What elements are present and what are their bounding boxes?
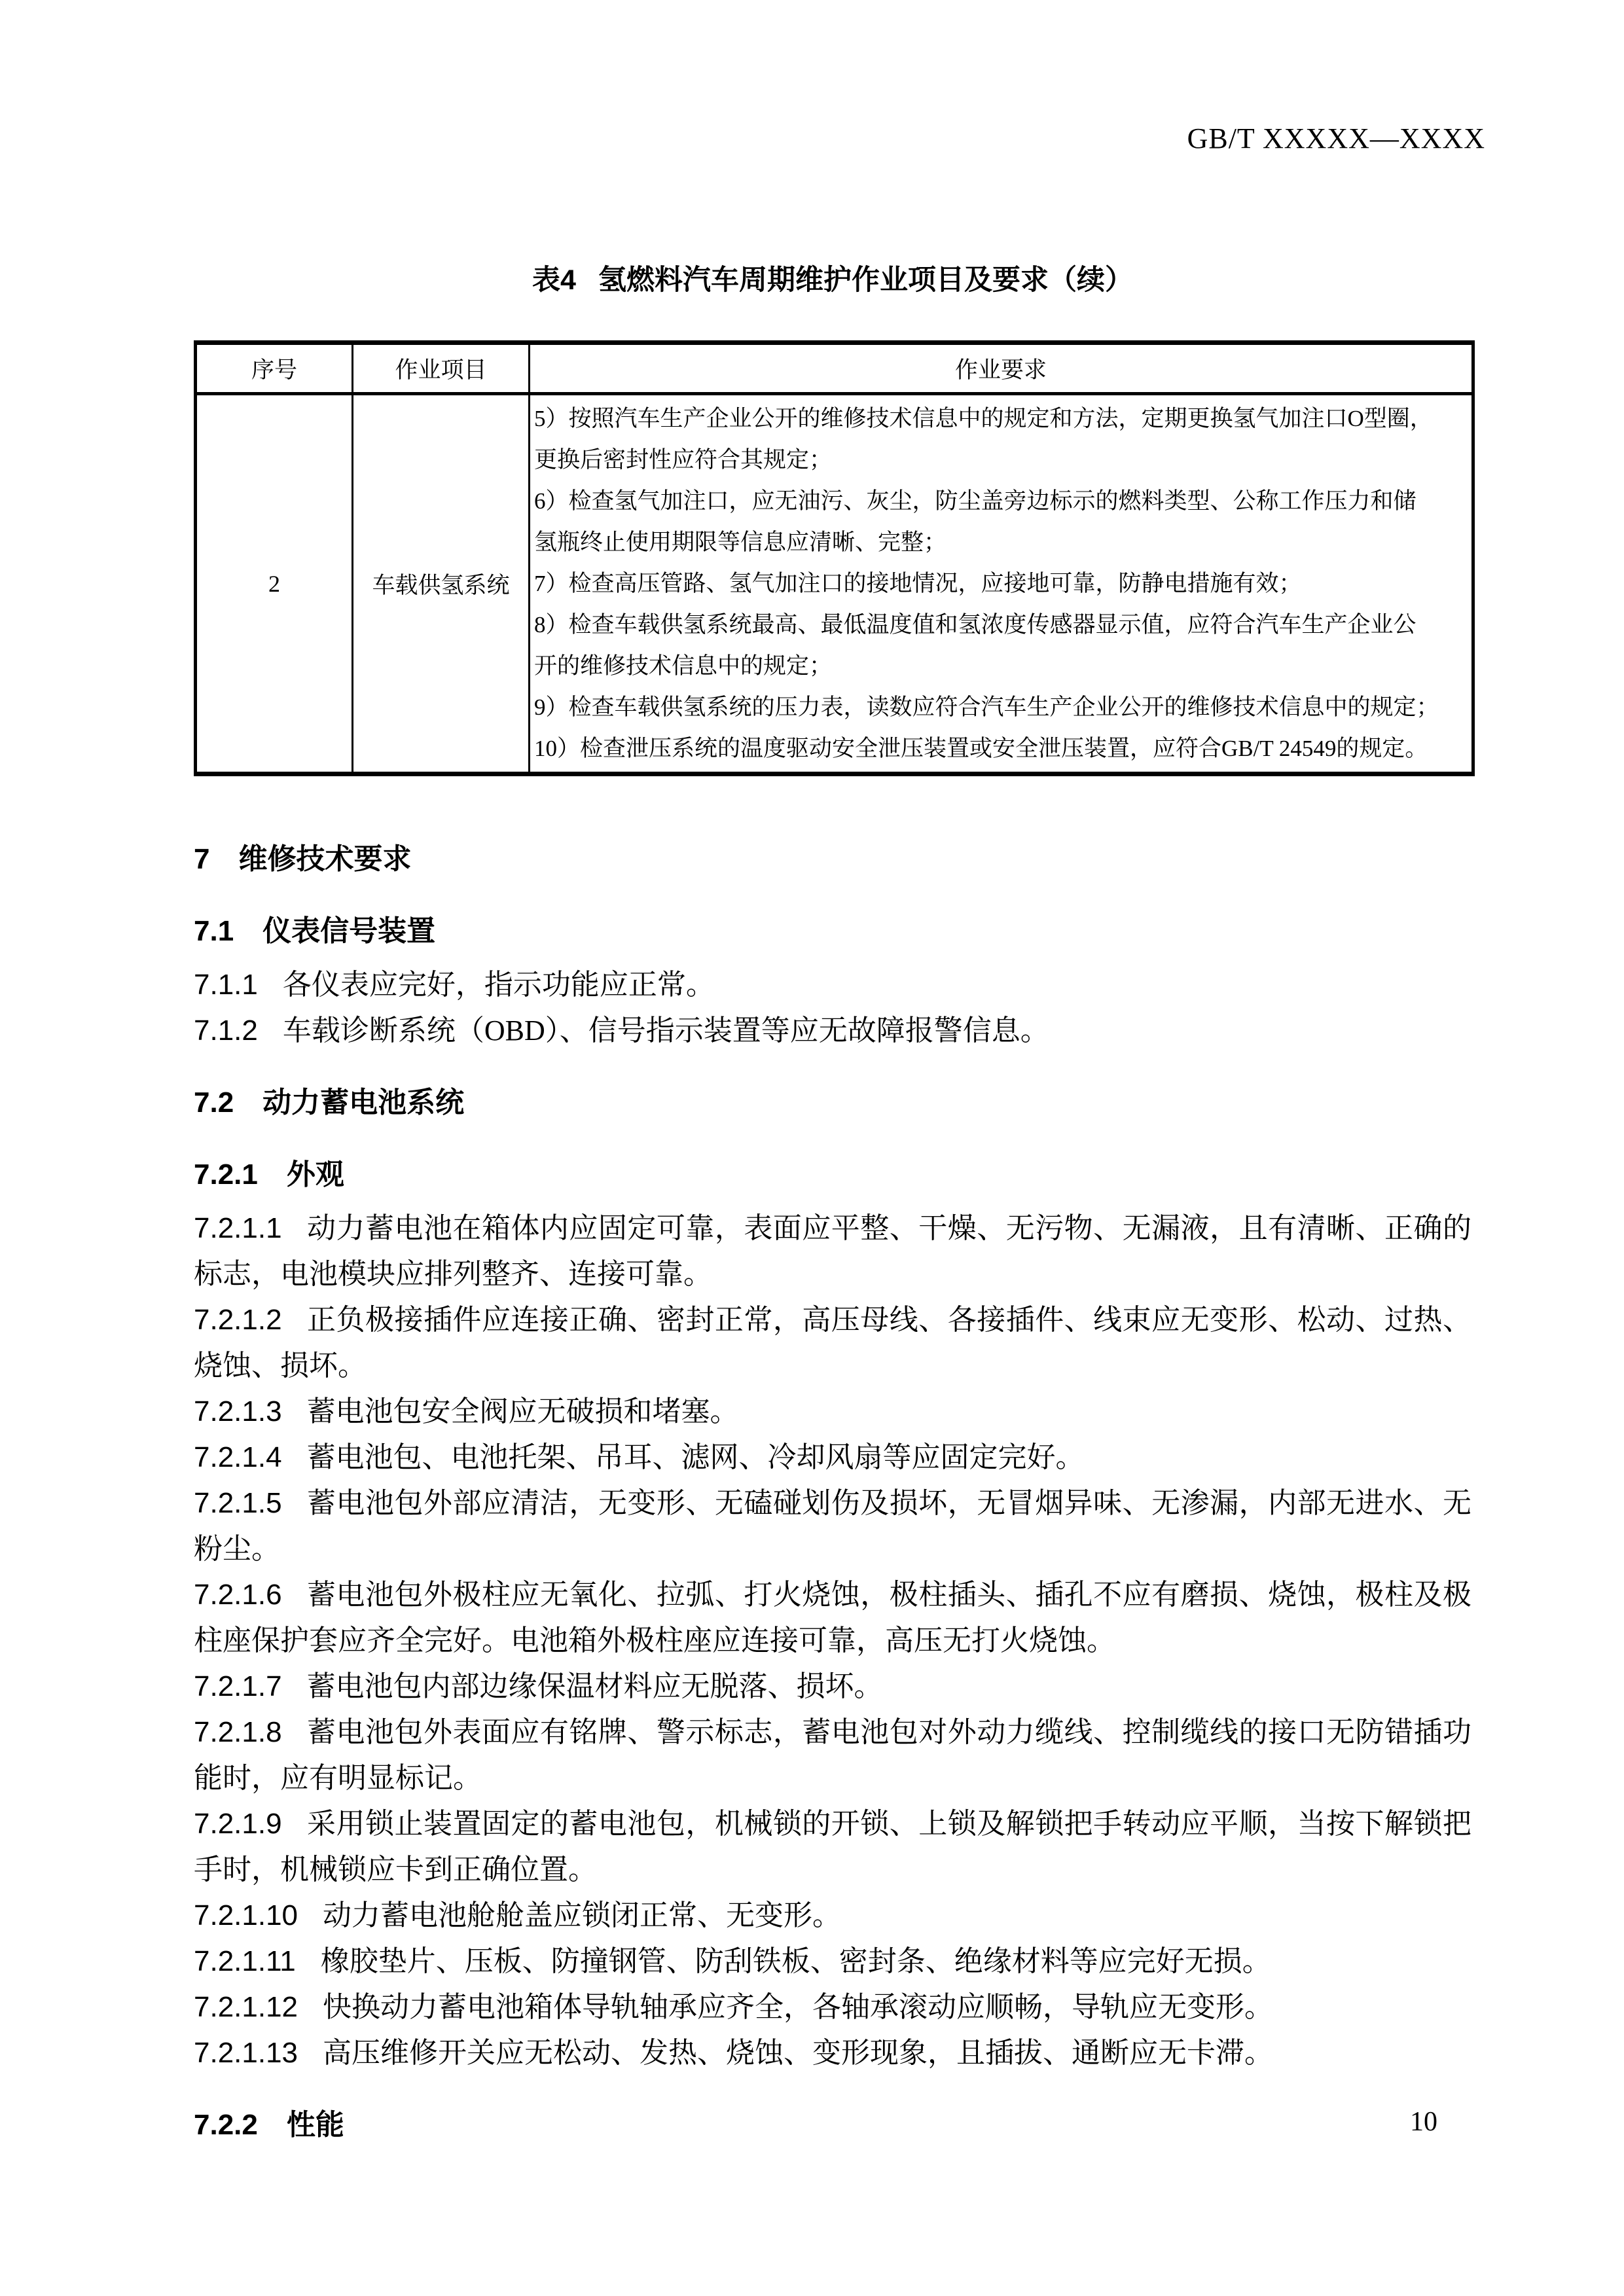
clause-number: 7.2.1.4	[194, 1441, 282, 1473]
clause-text: 动力蓄电池舱舱盖应锁闭正常、无变形。	[323, 1899, 841, 1931]
clause-7-2-1-4: 7.2.1.4蓄电池包、电池托架、吊耳、滤网、冷却风扇等应固定完好。	[194, 1435, 1471, 1480]
requirement-line: 9）检查车载供氢系统的压力表，读数应符合汽车生产企业公开的维修技术信息中的规定；	[534, 687, 1469, 728]
requirement-line: 10）检查泄压系统的温度驱动安全泄压装置或安全泄压装置，应符合GB/T 2454…	[534, 728, 1469, 769]
section-heading-7: 7维修技术要求	[194, 836, 1471, 882]
clause-text: 各仪表应完好，指示功能应正常。	[283, 969, 715, 1001]
maintenance-table: 序号 作业项目 作业要求 2 车载供氢系统 5）按照汽车生产企业公开的维修技术信…	[194, 340, 1475, 776]
clause-7-1-1: 7.1.1各仪表应完好，指示功能应正常。	[194, 962, 1471, 1008]
table-title: 表4氢燃料汽车周期维护作业项目及要求（续）	[194, 260, 1471, 300]
document-page: GB/T XXXXX—XXXX 表4氢燃料汽车周期维护作业项目及要求（续） 序号…	[0, 0, 1624, 2296]
clause-7-2-1-5: 7.2.1.5蓄电池包外部应清洁，无变形、无磕碰划伤及损坏，无冒烟异味、无渗漏，…	[194, 1480, 1471, 1572]
requirement-line: 更换后密封性应符合其规定；	[534, 439, 1469, 480]
table-title-text: 氢燃料汽车周期维护作业项目及要求（续）	[598, 264, 1133, 296]
clause-7-2-1-7: 7.2.1.7蓄电池包内部边缘保温材料应无脱落、损坏。	[194, 1664, 1471, 1710]
clause-number: 7.2.1.2	[194, 1304, 282, 1336]
clause-7-2-1-13: 7.2.1.13高压维修开关应无松动、发热、烧蚀、变形现象，且插拔、通断应无卡滞…	[194, 2030, 1471, 2076]
clause-number: 7.2.1.5	[194, 1487, 282, 1519]
section-number: 7.1	[194, 915, 234, 947]
clause-number: 7.1.1	[194, 969, 258, 1001]
section-title: 性能	[287, 2109, 344, 2141]
clause-7-1-2: 7.1.2车载诊断系统（OBD）、信号指示装置等应无故障报警信息。	[194, 1008, 1471, 1054]
clause-7-2-1-2: 7.2.1.2正负极接插件应连接正确、密封正常，高压母线、各接插件、线束应无变形…	[194, 1297, 1471, 1389]
clause-text: 正负极接插件应连接正确、密封正常，高压母线、各接插件、线束应无变形、松动、过热、…	[194, 1304, 1471, 1382]
item-cell: 车载供氢系统	[353, 394, 530, 774]
clause-7-2-1-6: 7.2.1.6蓄电池包外极柱应无氧化、拉弧、打火烧蚀，极柱插头、插孔不应有磨损、…	[194, 1572, 1471, 1664]
section-heading-7-2-2: 7.2.2性能	[194, 2102, 1471, 2148]
clause-number: 7.2.1.8	[194, 1716, 282, 1748]
clause-number: 7.1.2	[194, 1014, 258, 1047]
clause-number: 7.2.1.1	[194, 1212, 282, 1244]
page-number: 10	[1410, 2106, 1437, 2138]
col-header-requirement: 作业要求	[530, 343, 1473, 394]
clause-text: 快换动力蓄电池箱体导轨轴承应齐全，各轴承滚动应顺畅，导轨应无变形。	[323, 1991, 1273, 2023]
table-title-label: 表4	[532, 264, 576, 296]
requirement-cell: 5）按照汽车生产企业公开的维修技术信息中的规定和方法，定期更换氢气加注口O型圈，…	[530, 394, 1473, 774]
clause-number: 7.2.1.9	[194, 1808, 282, 1840]
requirement-line: 5）按照汽车生产企业公开的维修技术信息中的规定和方法，定期更换氢气加注口O型圈，	[534, 398, 1469, 439]
section-heading-7-1: 7.1仪表信号装置	[194, 908, 1471, 954]
section-title: 动力蓄电池系统	[262, 1086, 464, 1119]
clause-text: 动力蓄电池在箱体内应固定可靠，表面应平整、干燥、无污物、无漏液，且有清晰、正确的…	[194, 1212, 1471, 1290]
section-title: 仪表信号装置	[262, 915, 435, 947]
clause-number: 7.2.1.12	[194, 1991, 298, 2023]
col-header-seq: 序号	[196, 343, 353, 394]
page-content: 表4氢燃料汽车周期维护作业项目及要求（续） 序号 作业项目 作业要求 2 车载供…	[194, 0, 1471, 2156]
section-number: 7	[194, 843, 209, 875]
requirement-line: 氢瓶终止使用期限等信息应清晰、完整；	[534, 522, 1469, 563]
clause-text: 蓄电池包、电池托架、吊耳、滤网、冷却风扇等应固定完好。	[307, 1441, 1085, 1473]
section-number: 7.2.1	[194, 1158, 258, 1191]
clause-number: 7.2.1.7	[194, 1670, 282, 1702]
col-header-item: 作业项目	[353, 343, 530, 394]
section-title: 外观	[287, 1158, 344, 1191]
clause-7-2-1-8: 7.2.1.8蓄电池包外表面应有铭牌、警示标志，蓄电池包对外动力缆线、控制缆线的…	[194, 1710, 1471, 1801]
clause-7-2-1-9: 7.2.1.9采用锁止装置固定的蓄电池包，机械锁的开锁、上锁及解锁把手转动应平顺…	[194, 1801, 1471, 1893]
section-number: 7.2.2	[194, 2109, 258, 2141]
clause-text: 高压维修开关应无松动、发热、烧蚀、变形现象，且插拔、通断应无卡滞。	[323, 2037, 1273, 2069]
clause-number: 7.2.1.11	[194, 1945, 296, 1977]
requirement-line: 7）检查高压管路、氢气加注口的接地情况，应接地可靠，防静电措施有效；	[534, 563, 1469, 604]
requirement-line: 6）检查氢气加注口，应无油污、灰尘，防尘盖旁边标示的燃料类型、公称工作压力和储	[534, 480, 1469, 522]
clause-text: 蓄电池包安全阀应无破损和堵塞。	[307, 1395, 739, 1427]
clause-number: 7.2.1.6	[194, 1579, 282, 1611]
clause-text: 车载诊断系统（OBD）、信号指示装置等应无故障报警信息。	[283, 1014, 1049, 1047]
clause-number: 7.2.1.3	[194, 1395, 282, 1427]
clause-text: 蓄电池包外表面应有铭牌、警示标志，蓄电池包对外动力缆线、控制缆线的接口无防错插功…	[194, 1716, 1471, 1794]
requirement-line: 8）检查车载供氢系统最高、最低温度值和氢浓度传感器显示值，应符合汽车生产企业公	[534, 604, 1469, 645]
clause-7-2-1-1: 7.2.1.1动力蓄电池在箱体内应固定可靠，表面应平整、干燥、无污物、无漏液，且…	[194, 1206, 1471, 1297]
clause-number: 7.2.1.13	[194, 2037, 298, 2069]
section-heading-7-2-1: 7.2.1外观	[194, 1152, 1471, 1198]
clause-text: 蓄电池包外极柱应无氧化、拉弧、打火烧蚀，极柱插头、插孔不应有磨损、烧蚀，极柱及极…	[194, 1579, 1471, 1657]
section-heading-7-2: 7.2动力蓄电池系统	[194, 1080, 1471, 1126]
table-row: 2 车载供氢系统 5）按照汽车生产企业公开的维修技术信息中的规定和方法，定期更换…	[196, 394, 1473, 774]
table-header-row: 序号 作业项目 作业要求	[196, 343, 1473, 394]
clause-text: 采用锁止装置固定的蓄电池包，机械锁的开锁、上锁及解锁把手转动应平顺，当按下解锁把…	[194, 1808, 1471, 1886]
clause-7-2-1-3: 7.2.1.3蓄电池包安全阀应无破损和堵塞。	[194, 1389, 1471, 1435]
requirement-line: 开的维修技术信息中的规定；	[534, 645, 1469, 687]
clause-text: 蓄电池包外部应清洁，无变形、无磕碰划伤及损坏，无冒烟异味、无渗漏，内部无进水、无…	[194, 1487, 1471, 1565]
section-title: 维修技术要求	[238, 843, 411, 875]
clause-7-2-1-11: 7.2.1.11橡胶垫片、压板、防撞钢管、防刮铁板、密封条、绝缘材料等应完好无损…	[194, 1939, 1471, 1984]
clause-text: 蓄电池包内部边缘保温材料应无脱落、损坏。	[307, 1670, 883, 1702]
clause-7-2-1-12: 7.2.1.12快换动力蓄电池箱体导轨轴承应齐全，各轴承滚动应顺畅，导轨应无变形…	[194, 1984, 1471, 2030]
section-number: 7.2	[194, 1086, 234, 1119]
clause-text: 橡胶垫片、压板、防撞钢管、防刮铁板、密封条、绝缘材料等应完好无损。	[321, 1945, 1271, 1977]
clause-7-2-1-10: 7.2.1.10动力蓄电池舱舱盖应锁闭正常、无变形。	[194, 1893, 1471, 1939]
clause-number: 7.2.1.10	[194, 1899, 298, 1931]
seq-cell: 2	[196, 394, 353, 774]
